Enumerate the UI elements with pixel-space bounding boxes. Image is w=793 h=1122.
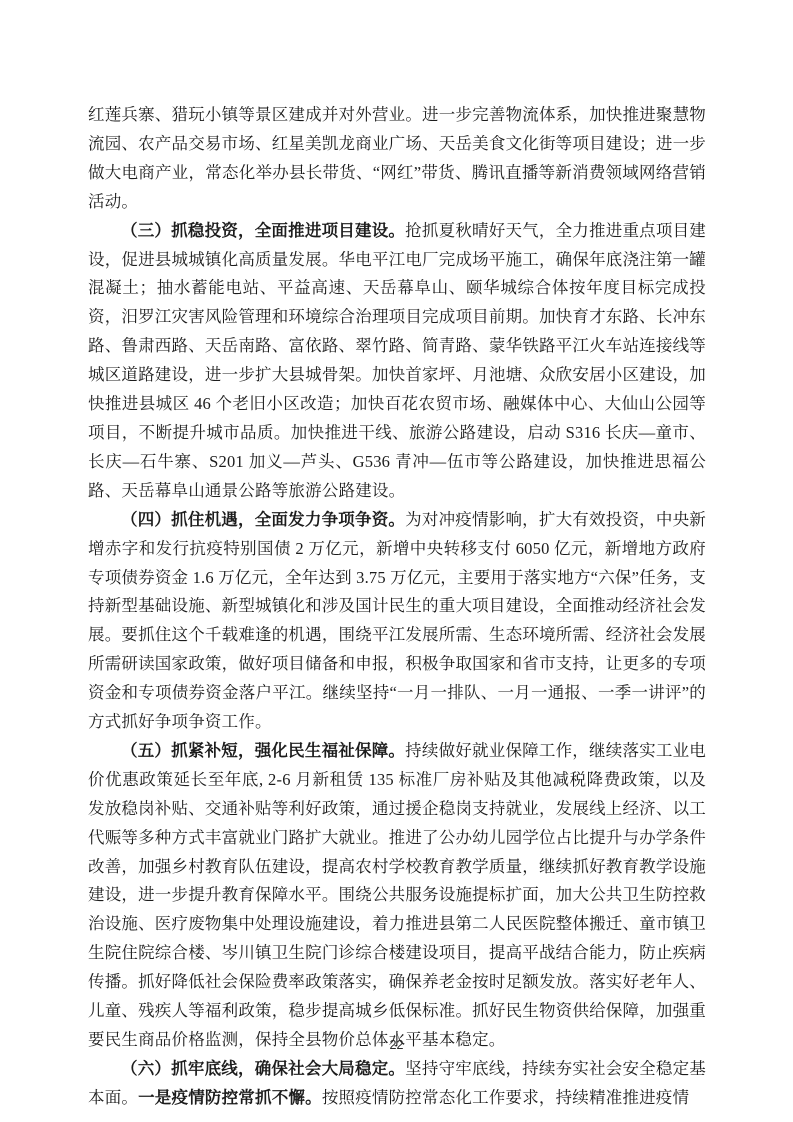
section-heading: （五）抓紧补短，强化民生福祉保障。 [121,741,405,760]
paragraph-section-6: （六）抓牢底线，确保社会大局稳定。坚持守牢底线，持续夯实社会安全稳定基本面。一是… [88,1055,706,1113]
text-segment: 红莲兵寨、猎玩小镇等景区建成并对外营业。进一步完善物流体系，加快推进聚慧物流园、… [88,105,706,211]
document-body: 红莲兵寨、猎玩小镇等景区建成并对外营业。进一步完善物流体系，加快推进聚慧物流园、… [88,101,706,1113]
paragraph-continuation: 红莲兵寨、猎玩小镇等景区建成并对外营业。进一步完善物流体系，加快推进聚慧物流园、… [88,101,706,217]
paragraph-section-3: （三）抓稳投资，全面推进项目建设。抢抓夏秋晴好天气，全力推进重点项目建设，促进县… [88,217,706,506]
text-segment: 抢抓夏秋晴好天气，全力推进重点项目建设，促进县城城镇化高质量发展。华电平江电厂完… [88,221,706,500]
sub-heading: 一是疫情防控常抓不懈。 [138,1088,322,1107]
section-heading: （三）抓稳投资，全面推进项目建设。 [121,221,405,240]
text-segment: 为对冲疫情影响，扩大有效投资，中央新增赤字和发行抗疫特别国债 2 万亿元，新增中… [88,510,706,731]
text-segment: 持续做好就业保障工作，继续落实工业电价优惠政策延长至年底, 2-6 月新租赁 1… [88,741,706,1049]
paragraph-section-5: （五）抓紧补短，强化民生福祉保障。持续做好就业保障工作，继续落实工业电价优惠政策… [88,737,706,1055]
text-segment: 按照疫情防控常态化工作要求，持续精准推进疫情 [322,1088,689,1107]
document-page: 红莲兵寨、猎玩小镇等景区建成并对外营业。进一步完善物流体系，加快推进聚慧物流园、… [0,0,793,1122]
paragraph-section-4: （四）抓住机遇，全面发力争项争资。为对冲疫情影响，扩大有效投资，中央新增赤字和发… [88,506,706,737]
section-heading: （四）抓住机遇，全面发力争项争资。 [121,510,405,529]
section-heading: （六）抓牢底线，确保社会大局稳定。 [121,1059,405,1078]
page-number: 22 [0,1038,793,1052]
